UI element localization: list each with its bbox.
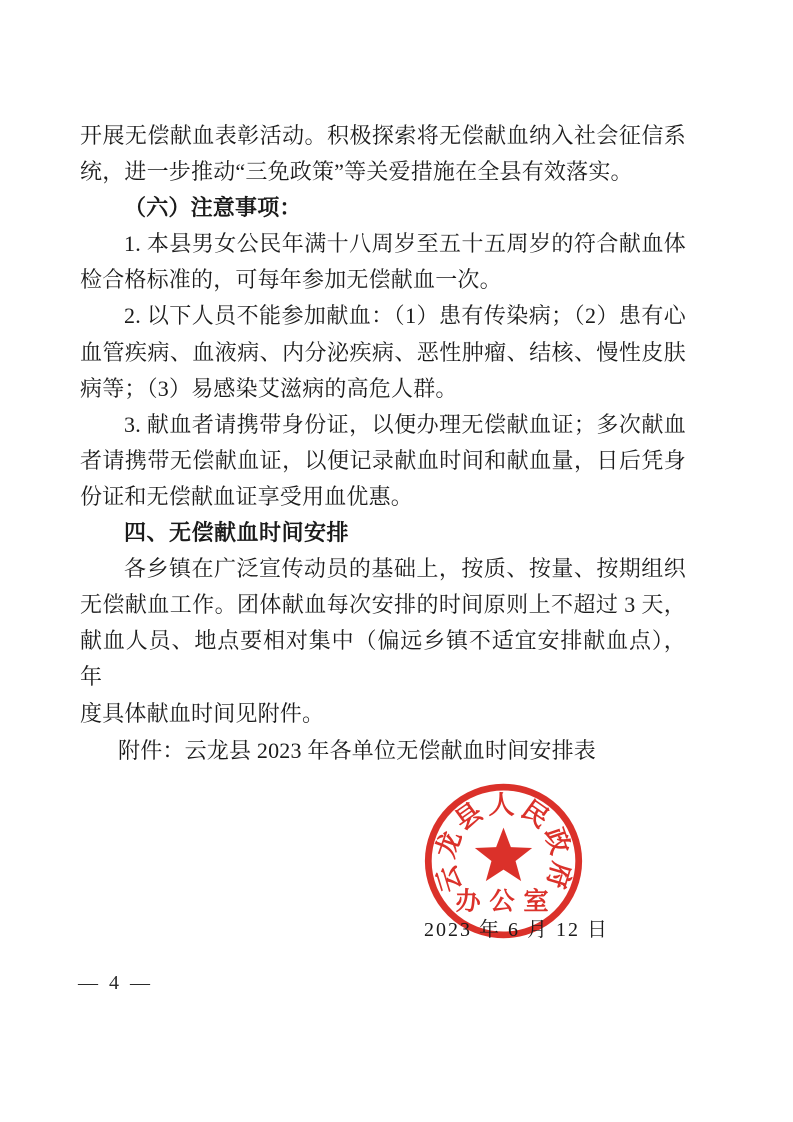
text-line: 献血人员、地点要相对集中（偏远乡镇不适宜安排献血点），年 [80,623,686,695]
attachment-line: 附件：云龙县 2023 年各单位无偿献血时间安排表 [80,733,686,769]
seal-office-text: 办公室 [455,888,557,916]
document-page: 开展无偿献血表彰活动。积极探索将无偿献血纳入社会征信系 统，进一步推动“三免政策… [0,0,793,1122]
section-heading-schedule: 四、无偿献血时间安排 [80,515,686,551]
body-text: 开展无偿献血表彰活动。积极探索将无偿献血纳入社会征信系 统，进一步推动“三免政策… [80,118,686,732]
text-line: 者请携带无偿献血证，以便记录献血时间和献血量，日后凭身 [80,443,686,479]
text-line: 各乡镇在广泛宣传动员的基础上，按质、按量、按期组织 [80,551,686,587]
star-icon [475,828,532,881]
page-number: — 4 — [78,972,153,995]
text-line: 份证和无偿献血证享受用血优惠。 [80,479,686,515]
text-line: 无偿献血工作。团体献血每次安排的时间原则上不超过 3 天， [80,587,686,623]
subheading-notes: （六）注意事项： [80,190,686,226]
text-line: 1. 本县男女公民年满十八周岁至五十五周岁的符合献血体 [80,226,686,262]
text-line: 血管疾病、血液病、内分泌疾病、恶性肿瘤、结核、慢性皮肤 [80,335,686,371]
text-line: 检合格标准的，可每年参加无偿献血一次。 [80,262,686,298]
text-line: 病等；（3）易感染艾滋病的高危人群。 [80,371,686,407]
text-line: 开展无偿献血表彰活动。积极探索将无偿献血纳入社会征信系 [80,118,686,154]
text-line: 2. 以下人员不能参加献血：（1）患有传染病；（2）患有心 [80,298,686,334]
text-line: 3. 献血者请携带身份证，以便办理无偿献血证；多次献血 [80,407,686,443]
text-line: 度具体献血时间见附件。 [80,696,686,732]
date-line: 2023 年 6 月 12 日 [424,913,609,942]
text-line: 统，进一步推动“三免政策”等关爱措施在全县有效落实。 [80,154,686,190]
